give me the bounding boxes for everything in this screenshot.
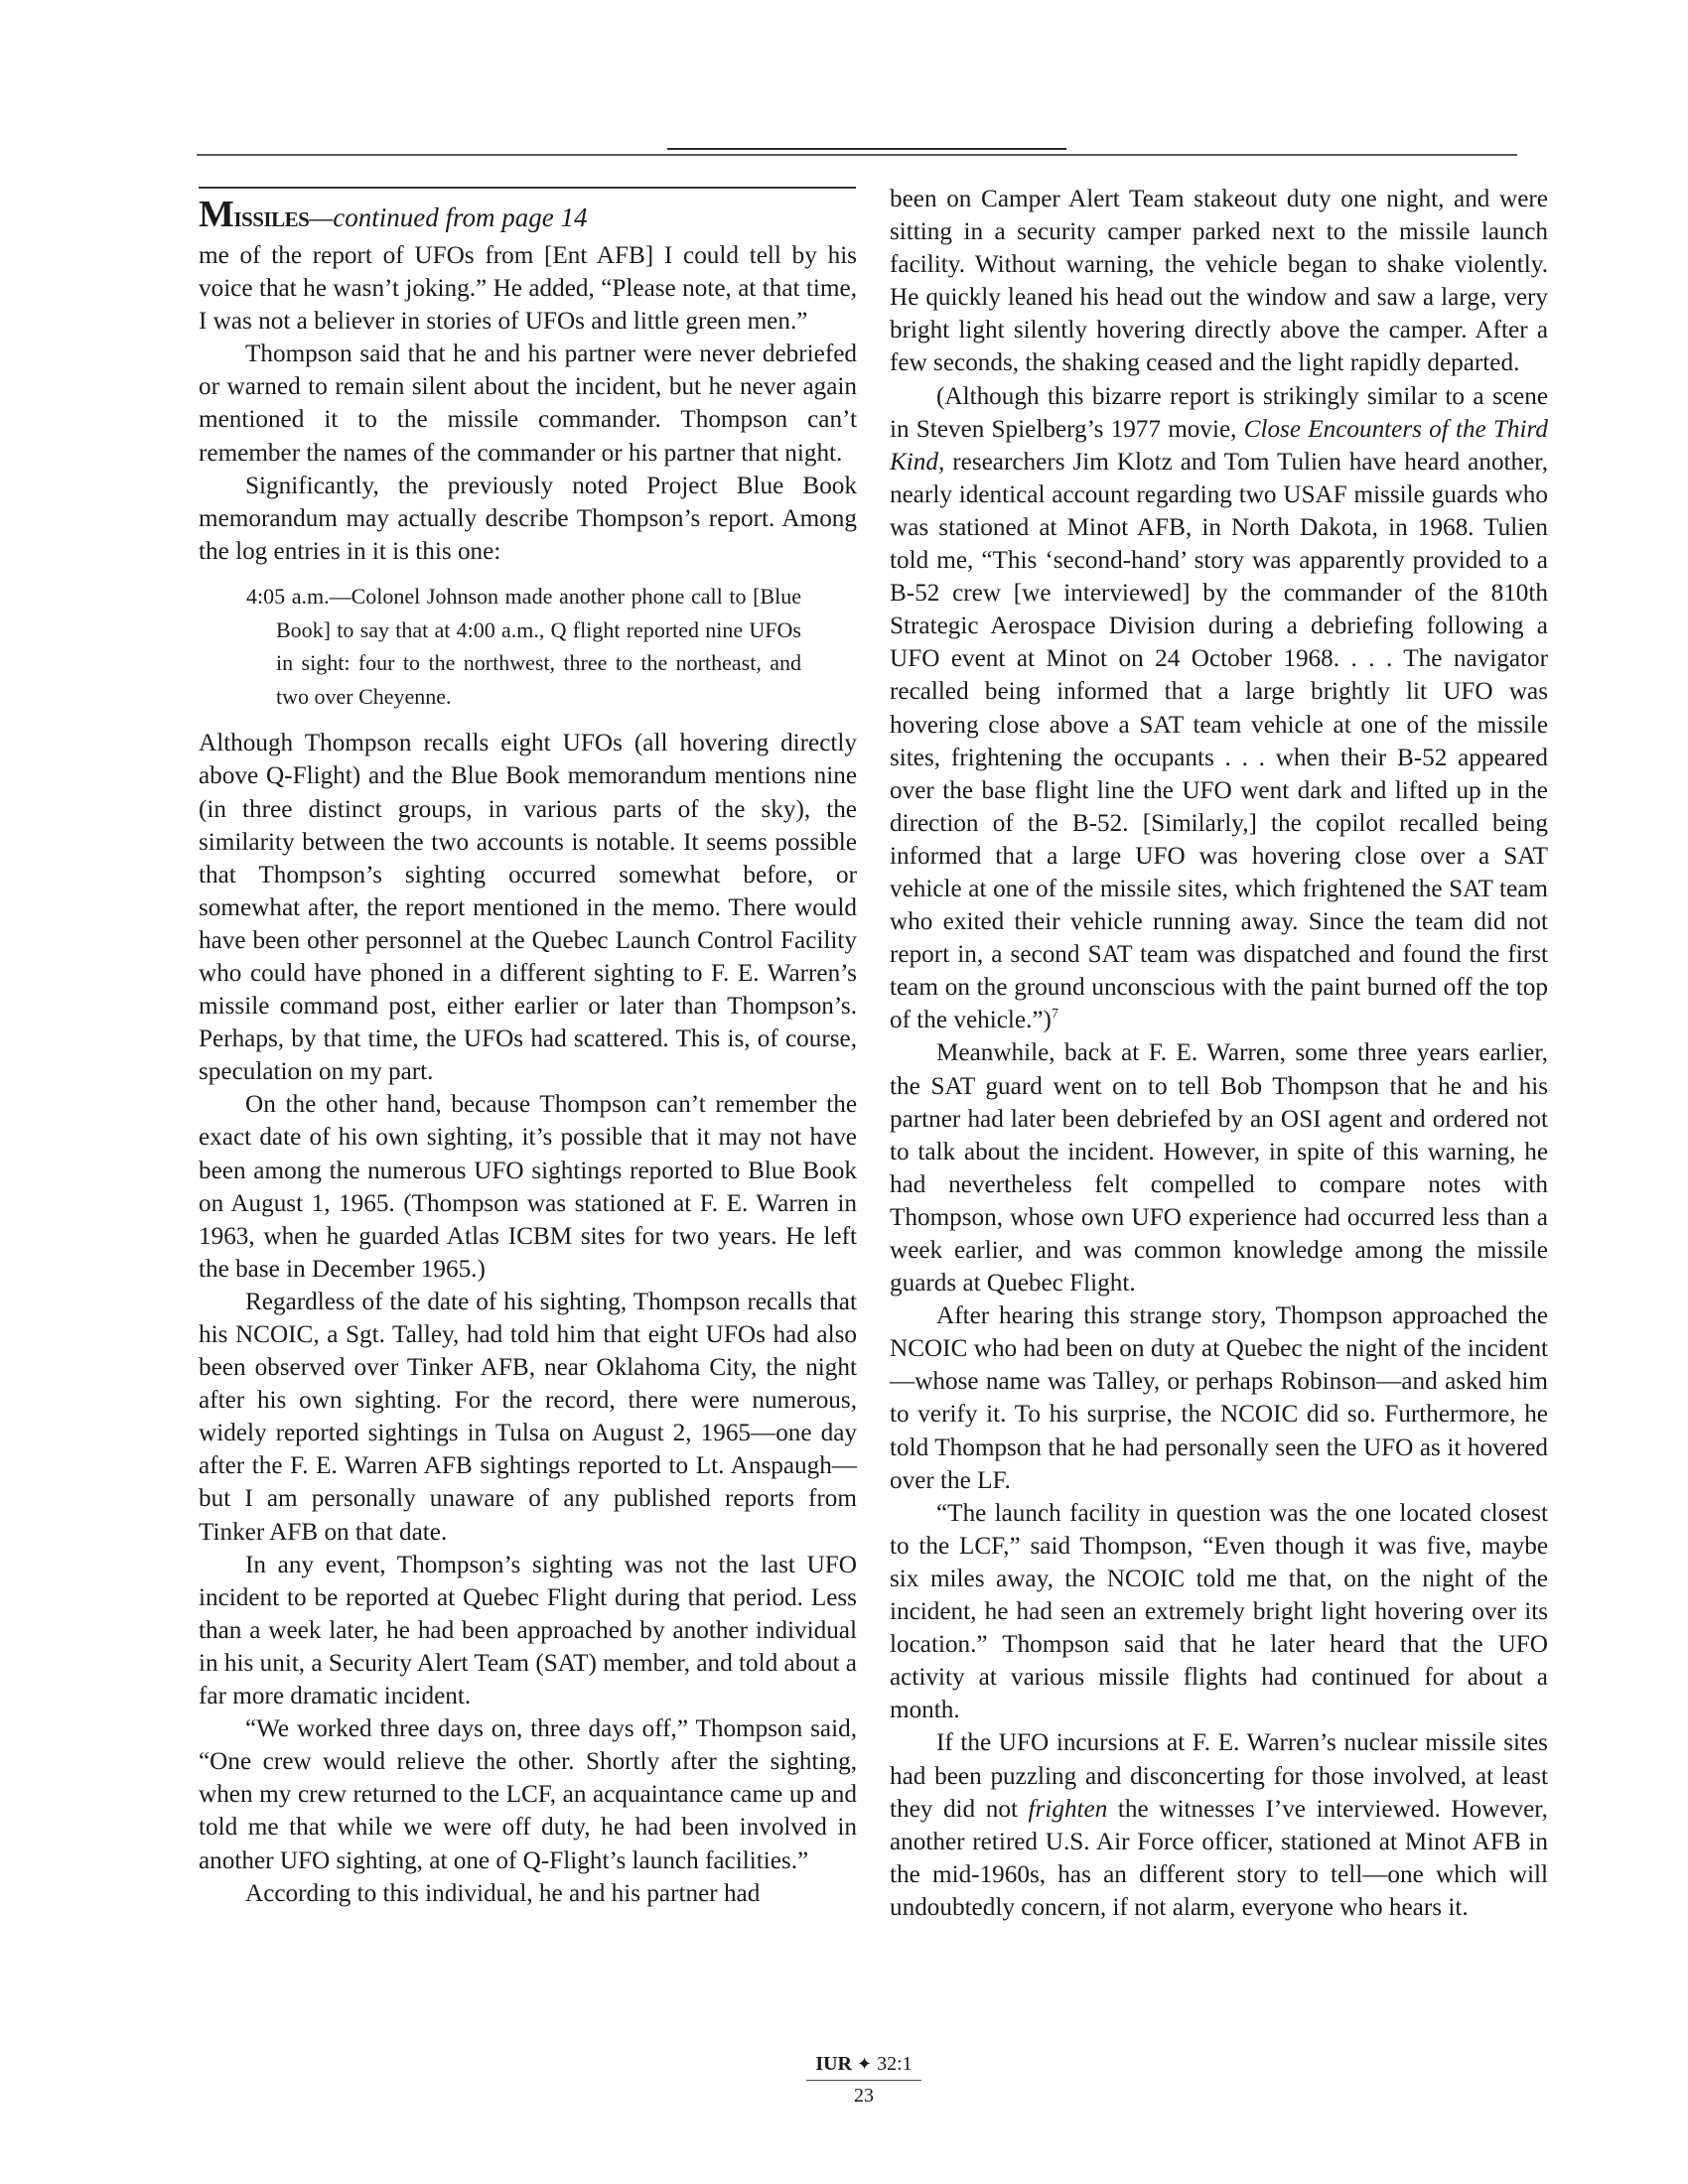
paragraph: In any event, Thompson’s sighting was no… bbox=[199, 1549, 857, 1712]
right-column: been on Camper Alert Team stakeout duty … bbox=[890, 183, 1548, 1924]
paragraph: Regardless of the date of his sighting, … bbox=[199, 1286, 857, 1549]
paragraph: On the other hand, because Thompson can’… bbox=[199, 1088, 857, 1286]
section-heading: Missiles—continued from page 14 bbox=[199, 195, 588, 237]
paragraph: If the UFO incursions at F. E. Warren’s … bbox=[890, 1726, 1548, 1924]
page-footer: IUR ✦ 32:1 23 bbox=[806, 2053, 921, 2108]
paragraph: “The launch facility in question was the… bbox=[890, 1497, 1548, 1727]
left-column: me of the report of UFOs from [Ent AFB] … bbox=[199, 239, 857, 1910]
page-number: 23 bbox=[806, 2081, 921, 2108]
header-short-rule bbox=[667, 148, 1066, 150]
diamond-icon: ✦ bbox=[857, 2054, 872, 2074]
paragraph: After hearing this strange story, Thomps… bbox=[890, 1299, 1548, 1497]
paragraph: me of the report of UFOs from [Ent AFB] … bbox=[199, 239, 857, 338]
paragraph: Meanwhile, back at F. E. Warren, some th… bbox=[890, 1036, 1548, 1299]
section-title: Missiles bbox=[199, 201, 309, 233]
continued-note: —continued from page 14 bbox=[309, 203, 587, 232]
paragraph: (Although this bizarre report is strikin… bbox=[890, 380, 1548, 1037]
blockquote-log-entry: 4:05 a.m.—Colonel Johnson made another p… bbox=[246, 580, 801, 713]
paragraph: “We worked three days on, three days off… bbox=[199, 1712, 857, 1876]
journal-issue: IUR ✦ 32:1 bbox=[806, 2053, 921, 2081]
paragraph: Although Thompson recalls eight UFOs (al… bbox=[199, 727, 857, 1088]
section-rule bbox=[199, 187, 856, 189]
footnote-ref: 7 bbox=[1052, 1007, 1058, 1022]
header-rule bbox=[197, 154, 1517, 156]
paragraph: Significantly, the previously noted Proj… bbox=[199, 470, 857, 568]
paragraph: been on Camper Alert Team stakeout duty … bbox=[890, 183, 1548, 380]
paragraph: According to this individual, he and his… bbox=[199, 1877, 857, 1910]
paragraph: Thompson said that he and his partner we… bbox=[199, 338, 857, 469]
emphasis: frighten bbox=[1029, 1796, 1108, 1823]
